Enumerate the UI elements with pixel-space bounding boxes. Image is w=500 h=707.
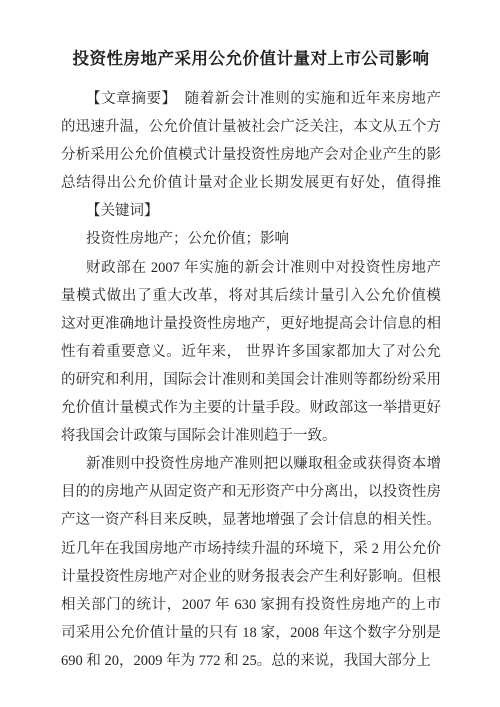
text-line: 这对更准确地计量投资性房地产，更好地提高会计信息的相关 [61,310,441,338]
document-body: 【文章摘要】 随着新会计准则的实施和近年来房地产市场的迅速升温，公允价值计量被社… [61,85,441,675]
text-line: 690 和 20，2009 年为 772 和 25。总的来说，我国大部分上 [61,647,441,675]
text-line: 的研究和利用，国际会计准则和美国会计准则等都纷纷采用公 [61,366,441,394]
text-line: 量模式做出了重大改革，将对其后续计量引入公允价值模式， [61,282,441,310]
text-line: 近几年在我国房地产市场持续升温的环境下，采 2 用公允价值 [61,535,441,563]
text-line: 计量投资性房地产对企业的财务报表会产生利好影响。但根据 [61,563,441,591]
text-line: 允价值计量模式作为主要的计量手段。财政部这一举措更好地 [61,394,441,422]
text-line: 目的的房地产从固定资产和无形资产中分离出，以投资性房地 [61,478,441,506]
text-line: 财政部在 2007 年实施的新会计准则中对投资性房地产的计 [61,254,441,282]
text-line: 【关键词】 [61,197,441,225]
document-title: 投资性房地产采用公允价值计量对上市公司影响 [61,46,441,72]
text-line: 将我国会计政策与国际会计准则趋于一致。 [61,422,441,450]
text-line: 总结得出公允价值计量对企业长期发展更有好处，值得推广。 [61,169,441,197]
text-line: 司采用公允价值计量的只有 18 家，2008 年这个数字分别是 [61,619,441,647]
text-line: 性有着重要意义。近年来， 世界许多国家都加大了对公允价值 [61,338,441,366]
text-line: 投资性房地产；公允价值；影响 [61,225,441,253]
document-page: 投资性房地产采用公允价值计量对上市公司影响 【文章摘要】 随着新会计准则的实施和… [0,0,500,707]
text-line: 新准则中投资性房地产准则把以赚取租金或获得资本增值为 [61,450,441,478]
text-line: 相关部门的统计，2007 年 630 家拥有投资性房地产的上市公 [61,591,441,619]
text-line: 【文章摘要】 随着新会计准则的实施和近年来房地产市场 [61,85,441,113]
text-line: 的迅速升温，公允价值计量被社会广泛关注，本文从五个方面 [61,113,441,141]
text-line: 分析采用公允价值模式计量投资性房地产会对企业产生的影响， [61,141,441,169]
document-content: 投资性房地产采用公允价值计量对上市公司影响 【文章摘要】 随着新会计准则的实施和… [61,46,441,675]
text-line: 产这一资产科目来反映，显著地增强了会计信息的相关性。最 [61,506,441,534]
